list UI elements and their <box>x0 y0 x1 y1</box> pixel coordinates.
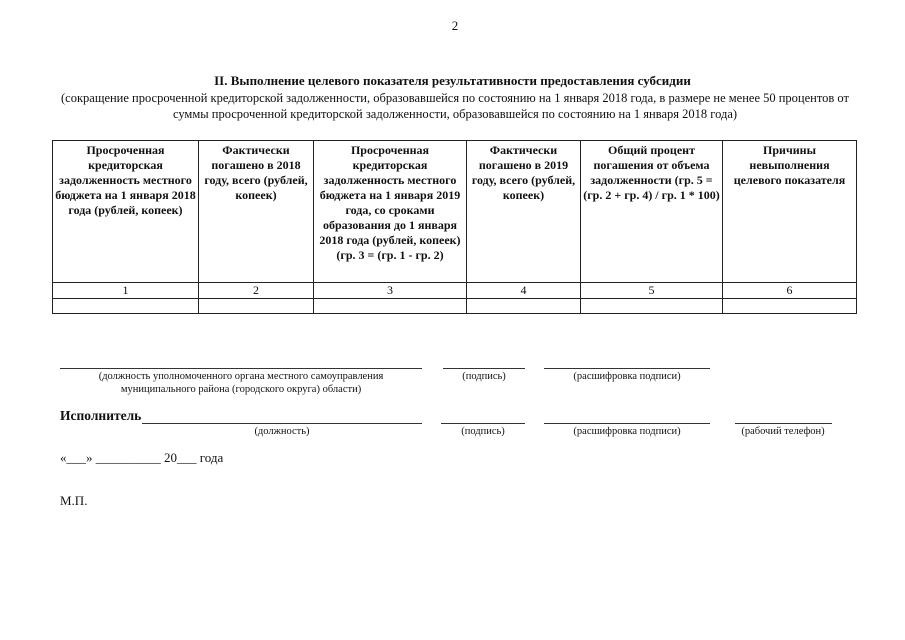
section-subtitle: (сокращение просроченной кредиторской за… <box>60 90 850 122</box>
date-line[interactable]: «___» __________ 20___ года <box>60 450 223 466</box>
table-header-row: Просроченная кредиторская задолженность … <box>53 141 857 283</box>
header-cell: Фактически погашено в 2019 году, всего (… <box>467 141 581 283</box>
data-cell[interactable] <box>581 299 723 314</box>
data-cell[interactable] <box>467 299 581 314</box>
executor-signature-caption: (подпись) <box>441 425 525 438</box>
data-cell[interactable] <box>723 299 857 314</box>
executor-label: Исполнитель <box>60 408 141 424</box>
target-indicator-table: Просроченная кредиторская задолженность … <box>52 140 857 314</box>
data-cell[interactable] <box>53 299 199 314</box>
header-cell: Просроченная кредиторская задолженность … <box>314 141 467 283</box>
column-number: 3 <box>314 283 467 299</box>
section-title: II. Выполнение целевого показателя резул… <box>0 73 905 89</box>
stamp-placeholder: М.П. <box>60 493 87 509</box>
column-number: 2 <box>199 283 314 299</box>
executor-position-line[interactable] <box>142 423 422 424</box>
official-position-caption: (должность уполномоченного органа местно… <box>60 370 422 396</box>
official-signature-caption: (подпись) <box>443 370 525 383</box>
executor-signature-line[interactable] <box>441 423 525 424</box>
executor-decode-line[interactable] <box>544 423 710 424</box>
column-number: 6 <box>723 283 857 299</box>
header-cell: Общий процент погашения от объема задолж… <box>581 141 723 283</box>
executor-phone-caption: (рабочий телефон) <box>728 425 838 438</box>
official-position-line[interactable] <box>60 368 422 369</box>
column-number: 1 <box>53 283 199 299</box>
header-cell: Просроченная кредиторская задолженность … <box>53 141 199 283</box>
header-cell: Причины невыполнения целевого показателя <box>723 141 857 283</box>
official-decode-caption: (расшифровка подписи) <box>544 370 710 383</box>
data-cell[interactable] <box>199 299 314 314</box>
column-number-row: 1 2 3 4 5 6 <box>53 283 857 299</box>
executor-position-caption: (должность) <box>142 425 422 438</box>
official-signature-line[interactable] <box>443 368 525 369</box>
executor-decode-caption: (расшифровка подписи) <box>544 425 710 438</box>
column-number: 4 <box>467 283 581 299</box>
official-decode-line[interactable] <box>544 368 710 369</box>
column-number: 5 <box>581 283 723 299</box>
page-number: 2 <box>440 18 470 34</box>
header-cell: Фактически погашено в 2018 году, всего (… <box>199 141 314 283</box>
table-row <box>53 299 857 314</box>
executor-phone-line[interactable] <box>735 423 832 424</box>
data-cell[interactable] <box>314 299 467 314</box>
